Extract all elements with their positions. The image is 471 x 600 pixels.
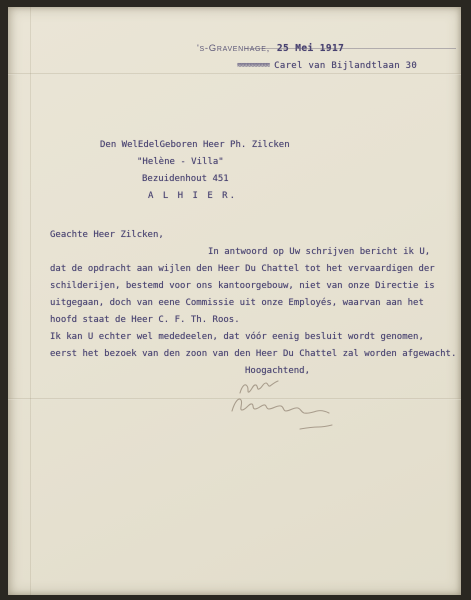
edge-crease — [30, 7, 31, 595]
recipient-villa: "Helène - Villa" — [100, 154, 290, 171]
recipient-street: Bezuidenhout 451 — [100, 171, 290, 188]
body-line: schilderijen, bestemd voor ons kantoorge… — [50, 278, 462, 295]
fold-crease-top — [8, 73, 461, 75]
recipient-name: Den WelEdelGeboren Heer Ph. Zilcken — [100, 137, 290, 154]
recipient-address-block: Den WelEdelGeboren Heer Ph. Zilcken "Hel… — [100, 137, 290, 205]
letterhead-address-row: ≋≋≋≋≋≋≋≋≋≋Carel van Bijlandtlaan 30 — [237, 53, 417, 72]
letter-scan: { "colors": { "background": "#2a2721", "… — [0, 0, 471, 600]
date-rule-line — [244, 48, 456, 49]
letter-body: Geachte Heer Zilcken, In antwoord op Uw … — [50, 227, 462, 380]
recipient-city: A L H I E R. — [100, 188, 290, 205]
strikeover-text: ≋≋≋≋≋≋≋≋≋≋ — [237, 61, 269, 69]
body-line: In antwoord op Uw schrijven bericht ik U… — [50, 244, 462, 261]
body-line: eerst het bezoek van den zoon van den He… — [50, 346, 462, 363]
salutation: Geachte Heer Zilcken, — [50, 227, 462, 244]
letterhead-street: Carel van Bijlandtlaan 30 — [274, 61, 417, 71]
body-line: uitgegaan, doch van eene Commissie uit o… — [50, 295, 462, 312]
body-line: hoofd staat de Heer C. F. Th. Roos. — [50, 312, 462, 329]
body-line: dat de opdracht aan wijlen den Heer Du C… — [50, 261, 462, 278]
body-line: Ik kan U echter wel mededeelen, dat vóór… — [50, 329, 462, 346]
letter-paper: 's-Gravenhage,25 Mei 1917 ≋≋≋≋≋≋≋≋≋≋Care… — [8, 7, 461, 595]
handwritten-signature — [208, 377, 358, 439]
